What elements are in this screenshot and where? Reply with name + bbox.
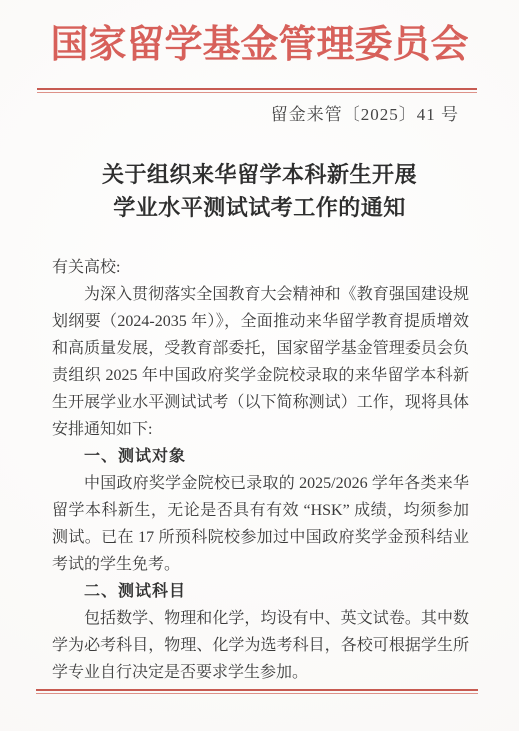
section-2-heading: 二、测试科目 <box>52 578 469 605</box>
document-page: 国家留学基金管理委员会 留金来管〔2025〕41 号 关于组织来华留学本科新生开… <box>0 0 519 731</box>
notice-title-line2: 学业水平测试试考工作的通知 <box>0 191 519 224</box>
section-1-heading: 一、测试对象 <box>52 443 469 470</box>
salutation: 有关高校: <box>52 254 469 281</box>
page-bottom-divider-line <box>36 689 478 694</box>
section-2-paragraph: 包括数学、物理和化学，均设有中、英文试卷。其中数学为必考科目，物理、化学为选考科… <box>52 605 469 686</box>
notice-body: 有关高校: 为深入贯彻落实全国教育大会精神和《教育强国建设规划纲要（2024-2… <box>52 254 469 686</box>
intro-paragraph: 为深入贯彻落实全国教育大会精神和《教育强国建设规划纲要（2024-2035 年）… <box>52 281 469 443</box>
document-number: 留金来管〔2025〕41 号 <box>0 104 519 126</box>
notice-title-line1: 关于组织来华留学本科新生开展 <box>0 158 519 191</box>
notice-title: 关于组织来华留学本科新生开展 学业水平测试试考工作的通知 <box>0 158 519 224</box>
section-1-paragraph: 中国政府奖学金院校已录取的 2025/2026 学年各类来华留学本科新生，无论是… <box>52 470 469 578</box>
letterhead-org-name: 国家留学基金管理委员会 <box>0 0 519 70</box>
letterhead-divider-line <box>37 88 477 93</box>
